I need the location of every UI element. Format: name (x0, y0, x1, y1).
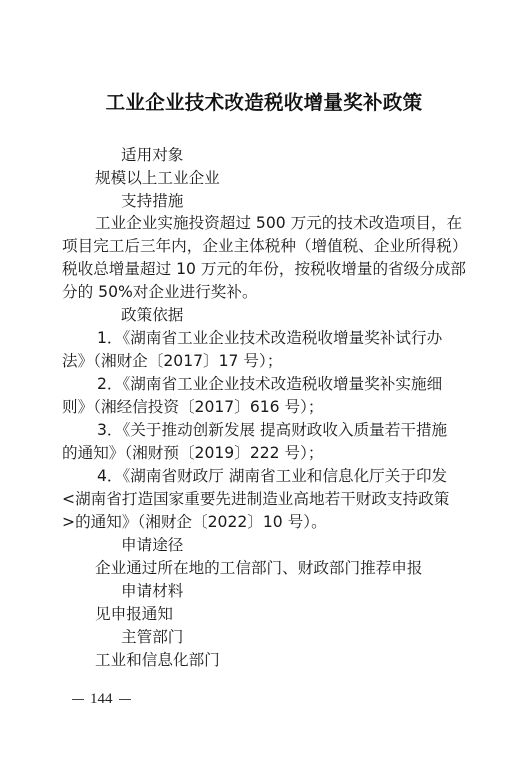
section-heading-application-materials: 申请材料 (121, 581, 183, 601)
section-heading-applicable-target: 适用对象 (121, 145, 183, 165)
section-heading-application-channel: 申请途径 (121, 535, 183, 555)
support-measures-line-4: 分的 50%对企业进行奖补。 (62, 282, 258, 302)
section-text-applicable-target: 规模以上工业企业 (95, 168, 220, 188)
policy-basis-item-1-line-2: 法》（湘财企〔2017〕17 号）； (62, 351, 282, 371)
section-heading-support-measures: 支持措施 (121, 191, 183, 211)
document-page: 工业企业技术改造税收增量奖补政策 适用对象 规模以上工业企业 支持措施 工业企业… (0, 0, 528, 767)
support-measures-line-2: 项目完工后三年内，企业主体税种（增值税、企业所得税） (62, 236, 467, 256)
policy-basis-item-2-line-2: 则》（湘经信投资〔2017〕616 号）； (62, 397, 324, 417)
policy-basis-item-4-line-2: <湖南省打造国家重要先进制造业高地若干财政支持政策 (62, 489, 449, 509)
page-number: 144 (90, 691, 113, 707)
policy-basis-item-3-line-2: 的通知》（湘财预〔2019〕222 号）； (62, 443, 324, 463)
support-measures-line-3: 税收总增量超过 10 万元的年份，按税收增量的省级分成部 (62, 259, 466, 279)
left-dash (72, 699, 84, 700)
support-measures-line-1: 工业企业实施投资超过 500 万元的技术改造项目，在 (95, 213, 462, 233)
section-text-application-materials: 见申报通知 (95, 604, 173, 624)
document-title: 工业企业技术改造税收增量奖补政策 (0, 90, 528, 116)
section-heading-policy-basis: 政策依据 (121, 305, 183, 325)
right-dash (119, 699, 131, 700)
policy-basis-item-4-line-3: >的通知》（湘财企〔2022〕10 号）。 (62, 512, 327, 532)
section-text-competent-department: 工业和信息化部门 (95, 650, 220, 670)
policy-basis-item-4-line-1: 4．《湖南省财政厅 湖南省工业和信息化厅关于印发 (97, 466, 447, 486)
section-text-application-channel: 企业通过所在地的工信部门、财政部门推荐申报 (95, 558, 422, 578)
page-number-footer: 144 (66, 689, 137, 709)
policy-basis-item-2-line-1: 2．《湖南省工业企业技术改造税收增量奖补实施细 (97, 374, 442, 394)
policy-basis-item-3-line-1: 3．《关于推动创新发展 提高财政收入质量若干措施 (97, 420, 447, 440)
section-heading-competent-department: 主管部门 (121, 627, 183, 647)
policy-basis-item-1-line-1: 1．《湖南省工业企业技术改造税收增量奖补试行办 (97, 328, 442, 348)
